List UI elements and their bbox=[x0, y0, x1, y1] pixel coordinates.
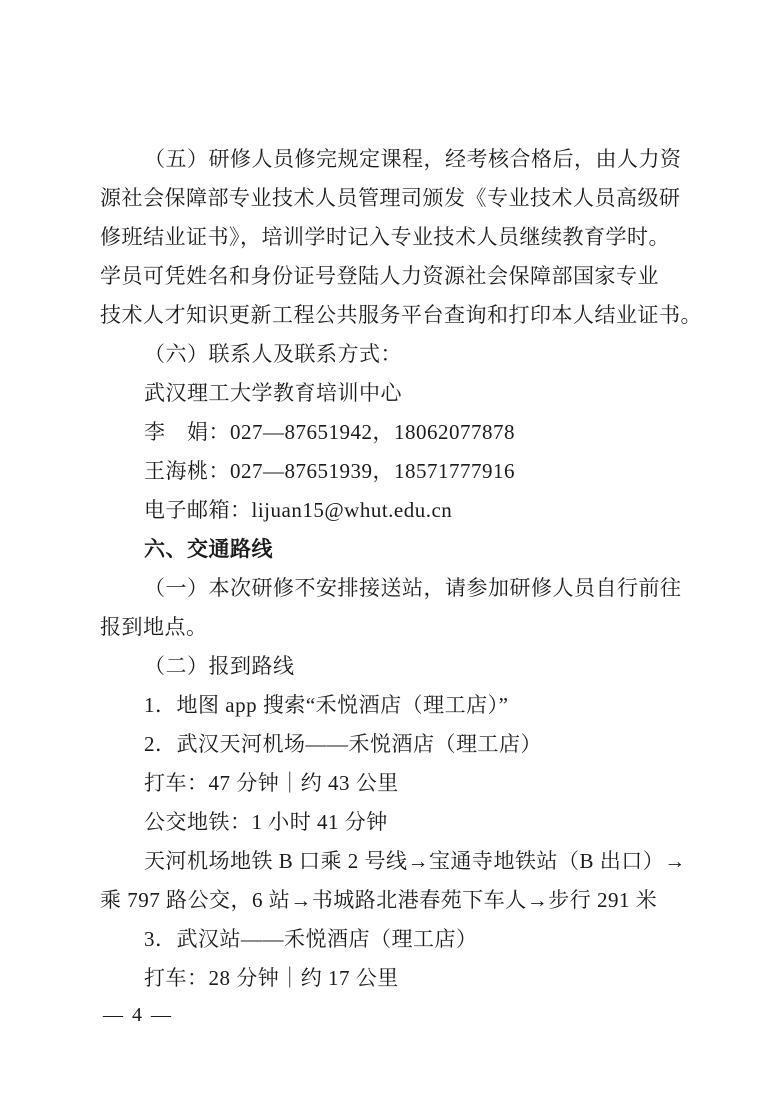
text-line: （一）本次研修不安排接送站，请参加研修人员自行前往 bbox=[100, 569, 684, 608]
text-line: 乘 797 路公交，6 站→书城路北港春苑下车人→步行 291 米 bbox=[100, 881, 684, 920]
text-line: 报到地点。 bbox=[100, 608, 684, 647]
text-line: 1．地图 app 搜索“禾悦酒店（理工店）” bbox=[100, 686, 684, 725]
text-line: 武汉理工大学教育培训中心 bbox=[100, 374, 684, 413]
text-line: （六）联系人及联系方式： bbox=[100, 335, 684, 374]
section-heading: 六、交通路线 bbox=[100, 530, 684, 569]
text-line: 2．武汉天河机场——禾悦酒店（理工店） bbox=[100, 725, 684, 764]
text-line: 3．武汉站——禾悦酒店（理工店） bbox=[100, 920, 684, 959]
contact-phone-line: 李 娟：027—87651942，18062077878 bbox=[100, 413, 684, 452]
text-line: （五）研修人员修完规定课程，经考核合格后，由人力资 bbox=[100, 140, 684, 179]
text-line: 打车：28 分钟｜约 17 公里 bbox=[100, 959, 684, 998]
document-page: （五）研修人员修完规定课程，经考核合格后，由人力资 源社会保障部专业技术人员管理… bbox=[0, 0, 778, 1098]
text-line: 公交地铁：1 小时 41 分钟 bbox=[100, 803, 684, 842]
page-number: — 4 — bbox=[103, 1000, 173, 1030]
text-line: 源社会保障部专业技术人员管理司颁发《专业技术人员高级研 bbox=[100, 179, 684, 218]
text-line: 修班结业证书》，培训学时记入专业技术人员继续教育学时。 bbox=[100, 218, 684, 257]
text-line: 打车：47 分钟｜约 43 公里 bbox=[100, 764, 684, 803]
document-body: （五）研修人员修完规定课程，经考核合格后，由人力资 源社会保障部专业技术人员管理… bbox=[100, 140, 684, 998]
text-line: 学员可凭姓名和身份证号登陆人力资源社会保障部国家专业 bbox=[100, 257, 684, 296]
text-line: 技术人才知识更新工程公共服务平台查询和打印本人结业证书。 bbox=[100, 296, 684, 335]
contact-phone-line: 王海桃：027—87651939，18571777916 bbox=[100, 452, 684, 491]
text-line: （二）报到路线 bbox=[100, 647, 684, 686]
text-line: 天河机场地铁 B 口乘 2 号线→宝通寺地铁站（B 出口）→ bbox=[100, 842, 684, 881]
contact-email-line: 电子邮箱：lijuan15@whut.edu.cn bbox=[100, 491, 684, 530]
